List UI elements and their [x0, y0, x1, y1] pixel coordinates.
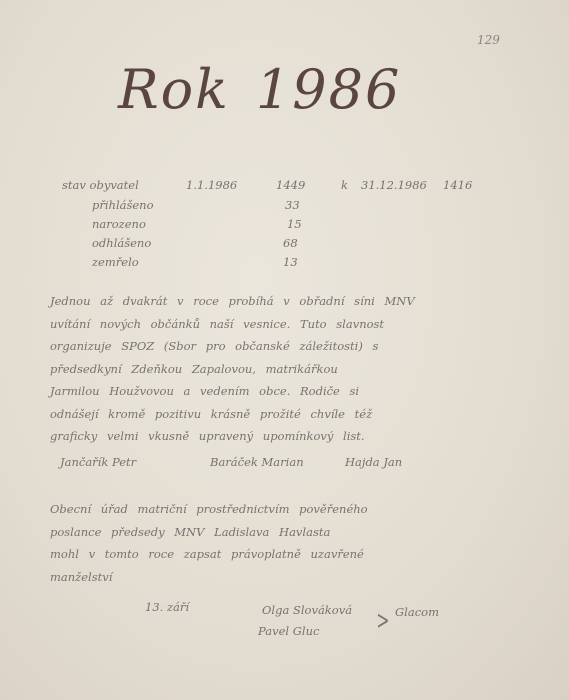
connector: k: [341, 178, 348, 192]
text-line: Obecní úřad matriční prostřednictvím pov…: [50, 498, 490, 521]
end-date: 31.12.1986: [361, 178, 427, 192]
text-line: Jarmilou Houžvovou a vedením obce. Rodič…: [50, 380, 490, 403]
start-value: 1449: [276, 178, 305, 192]
population-label: stav obyvatel: [62, 178, 139, 192]
text-line: Jednou až dvakrát v roce probíhá v obřad…: [50, 290, 490, 313]
paragraph-welcome: Jednou až dvakrát v roce probíhá v obřad…: [50, 290, 490, 448]
newborn-name: Baráček Marian: [210, 455, 304, 469]
text-line: mohl v tomto roce zapsat právoplatně uza…: [50, 543, 490, 566]
stat-row-label: přihlášeno: [92, 198, 154, 212]
start-date: 1.1.1986: [186, 178, 237, 192]
chronicle-page: 129 Rok1986 stav obyvatel 1.1.1986 1449 …: [0, 0, 569, 700]
stat-row-label: odhlášeno: [92, 236, 151, 250]
text-line: poslance předsedy MNV Ladislava Havlasta: [50, 521, 490, 544]
marriage-date: 13. září: [145, 600, 189, 614]
text-line: graficky velmi vkusně upravený upomínkov…: [50, 425, 490, 448]
text-line: manželství: [50, 566, 490, 589]
title-word: Rok: [118, 58, 230, 121]
brace-symbol: >: [376, 606, 389, 636]
text-line: předsedkyní Zdeňkou Zapalovou, matrikářk…: [50, 358, 490, 381]
stat-row-label: narozeno: [92, 217, 146, 231]
partner-name: Pavel Gluc: [258, 624, 319, 638]
stat-row-value: 33: [285, 198, 300, 212]
stat-row-label: zemřelo: [92, 255, 139, 269]
end-value: 1416: [443, 178, 472, 192]
title-year: 1986: [256, 58, 401, 121]
marriage-place: Glacom: [395, 605, 439, 619]
newborn-name: Hajda Jan: [345, 455, 402, 469]
stat-row-value: 13: [283, 255, 298, 269]
page-number: 129: [477, 33, 500, 47]
page-title: Rok1986: [118, 58, 401, 121]
partner-name: Olga Slováková: [262, 603, 352, 617]
newborn-name: Jančařík Petr: [60, 455, 136, 469]
paragraph-marriage: Obecní úřad matriční prostřednictvím pov…: [50, 498, 490, 588]
text-line: odnášejí kromě pozitivu krásně prožité c…: [50, 403, 490, 426]
text-line: uvítání nových občánků naší vesnice. Tut…: [50, 313, 490, 336]
stat-row-value: 68: [283, 236, 298, 250]
stat-row-value: 15: [287, 217, 302, 231]
text-line: organizuje SPOZ (Sbor pro občanské zálež…: [50, 335, 490, 358]
